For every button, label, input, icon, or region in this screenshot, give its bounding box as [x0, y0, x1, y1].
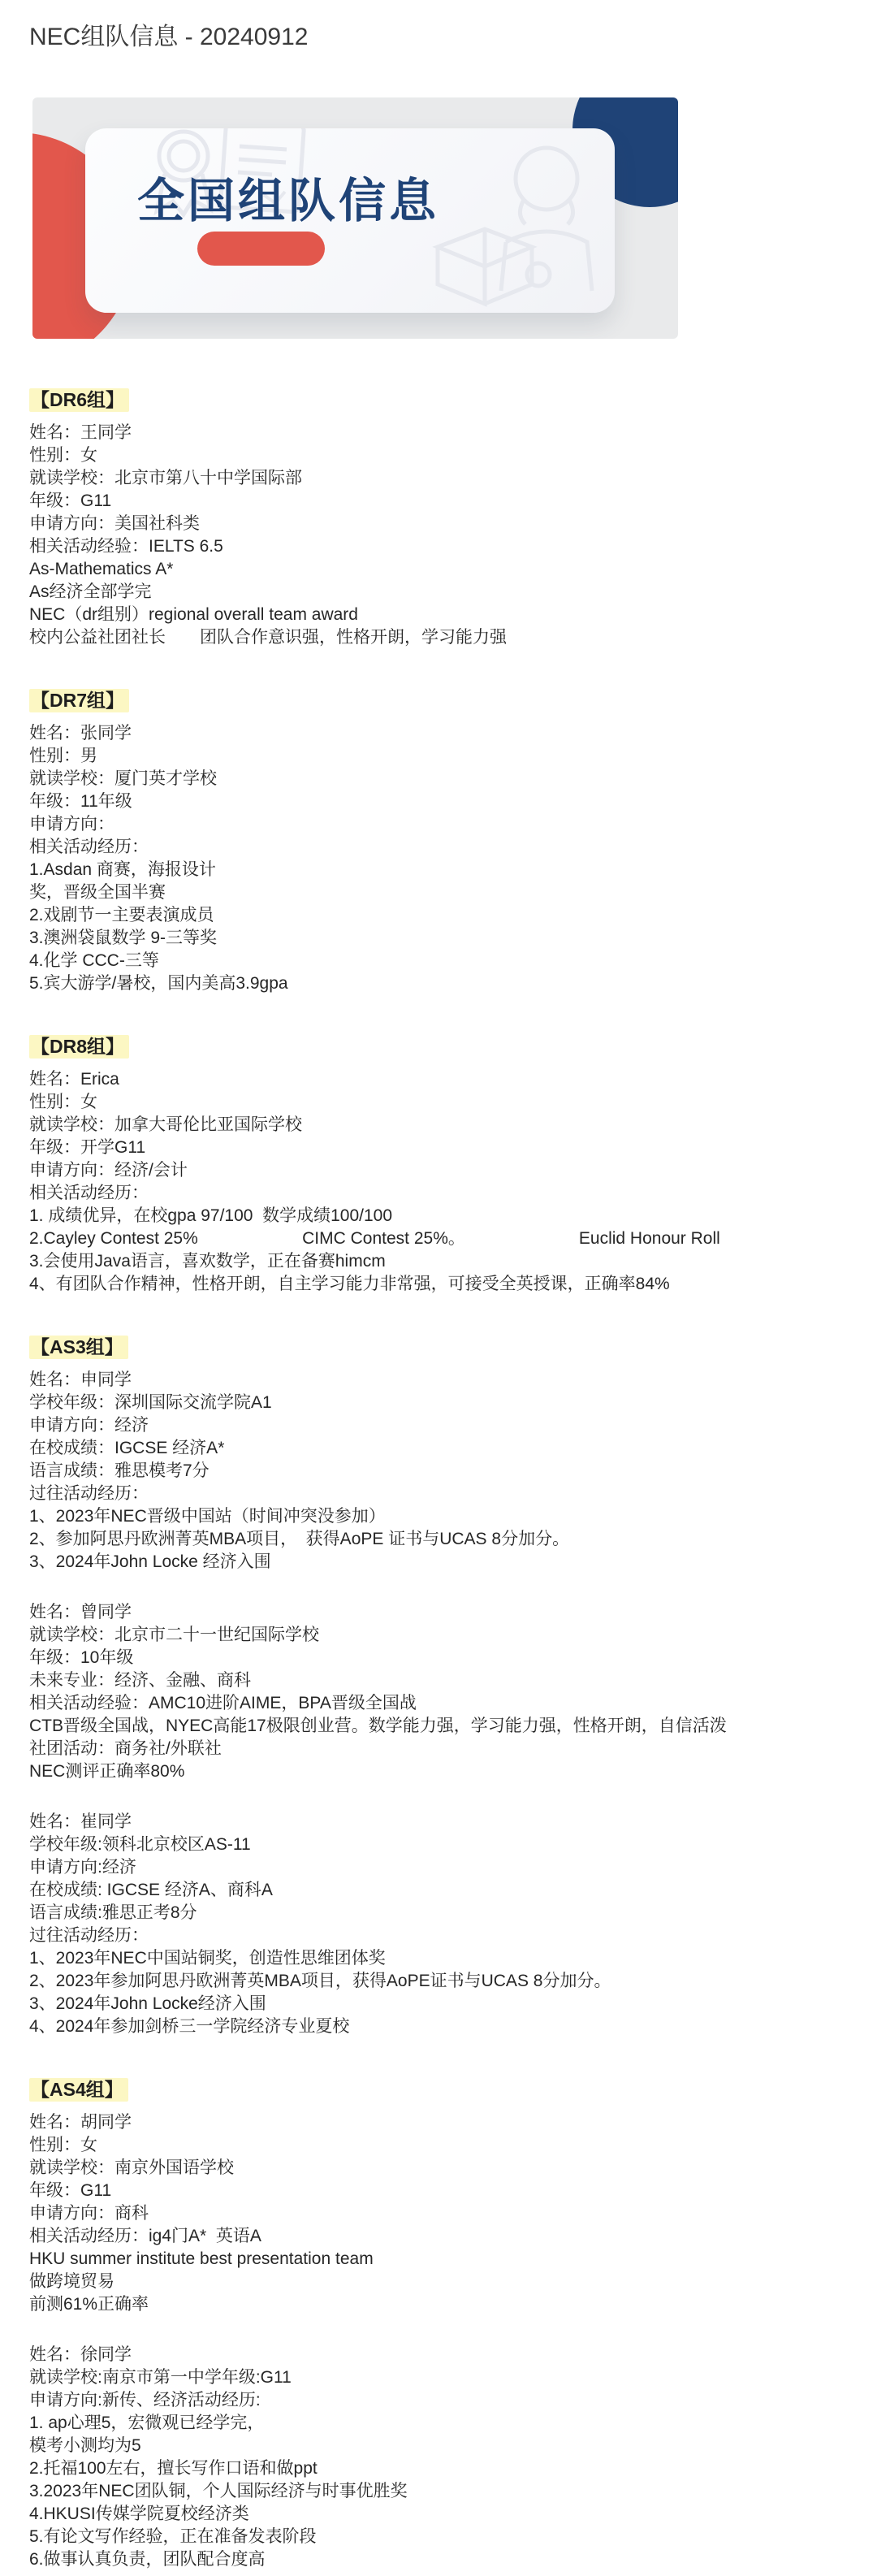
info-line: 年级：10年级	[29, 1647, 848, 1669]
info-line: CTB晋级全国战，NYEC高能17极限创业营。数学能力强，学习能力强，性格开朗，…	[29, 1715, 848, 1738]
info-line: 性别：男	[29, 745, 848, 768]
info-line: 3.澳洲袋鼠数学 9-三等奖	[29, 927, 848, 950]
info-line: As经济全部学完	[29, 581, 848, 604]
info-line: 语言成绩：雅思模考7分	[29, 1460, 848, 1483]
student-block: 姓名：王同学性别：女就读学校：北京市第八十中学国际部年级：G11申请方向：美国社…	[29, 422, 848, 649]
student-block: 姓名：Erica性别：女就读学校：加拿大哥伦比亚国际学校年级：开学G11申请方向…	[29, 1068, 848, 1296]
info-line: 相关活动经验：AMC10进阶AIME，BPA晋级全国战	[29, 1692, 848, 1715]
group-section: 【DR7组】姓名：张同学性别：男就读学校：厦门英才学校年级：11年级申请方向：相…	[29, 686, 848, 995]
group-header: 【AS4组】	[29, 2078, 128, 2102]
info-line: 相关活动经历：	[29, 836, 848, 859]
info-line: 就读学校：加拿大哥伦比亚国际学校	[29, 1114, 848, 1136]
info-line: 2.Cayley Contest 25% CIMC Contest 25%。 E…	[29, 1227, 848, 1250]
group-header-row: 【DR7组】	[29, 686, 848, 717]
info-line: 性别：女	[29, 444, 848, 467]
info-line: 5.宾大游学/暑校，国内美高3.9gpa	[29, 972, 848, 995]
group-header: 【DR6组】	[29, 388, 129, 412]
group-header: 【DR7组】	[29, 689, 129, 712]
info-line: 模考小测均为5	[29, 2435, 848, 2457]
info-line: 姓名：张同学	[29, 722, 848, 745]
group-section: 【AS3组】姓名：申同学学校年级：深圳国际交流学院A1申请方向：经济在校成绩：I…	[29, 1333, 848, 2038]
info-line: 就读学校：北京市二十一世纪国际学校	[29, 1624, 848, 1647]
reader-person-icon	[408, 136, 615, 313]
info-line: 1.Asdan 商赛，海报设计	[29, 859, 848, 881]
info-line: 1. ap心理5，宏微观已经学完，	[29, 2412, 848, 2435]
info-line: 申请方向：美国社科类	[29, 513, 848, 535]
info-line: 4、有团队合作精神，性格开朗，自主学习能力非常强，可接受全英授课，正确率84%	[29, 1273, 848, 1296]
info-line: 就读学校：南京外国语学校	[29, 2157, 848, 2180]
info-line: 申请方向:经济	[29, 1856, 848, 1879]
info-line: 4.HKUSI传媒学院夏校经济类	[29, 2503, 848, 2526]
info-line: 申请方向：商科	[29, 2202, 848, 2225]
info-line: 3.会使用Java语言，喜欢数学，正在备赛himcm	[29, 1250, 848, 1273]
student-block: 姓名：胡同学性别：女就读学校：南京外国语学校年级：G11申请方向：商科相关活动经…	[29, 2111, 848, 2316]
page-title: NEC组队信息 - 20240912	[29, 21, 848, 54]
info-line: 申请方向：经济/会计	[29, 1159, 848, 1182]
info-line: 姓名：Erica	[29, 1068, 848, 1091]
group-section: 【DR8组】姓名：Erica性别：女就读学校：加拿大哥伦比亚国际学校年级：开学G…	[29, 1033, 848, 1296]
info-line: 就读学校:南京市第一中学年级:G11	[29, 2366, 848, 2389]
banner-underline-bar	[197, 232, 325, 266]
info-line: 姓名：崔同学	[29, 1811, 848, 1834]
info-line: 性别：女	[29, 2134, 848, 2157]
info-line: 姓名：曾同学	[29, 1601, 848, 1624]
info-line: 申请方向:新传、经济活动经历:	[29, 2389, 848, 2412]
info-line: 4、2024年参加剑桥三一学院经济专业夏校	[29, 2015, 848, 2038]
info-line: 2、2023年参加阿思丹欧洲菁英MBA项目，获得AoPE证书与UCAS 8分加分…	[29, 1970, 848, 1993]
info-line: 姓名：徐同学	[29, 2344, 848, 2366]
info-line: 学校年级：深圳国际交流学院A1	[29, 1392, 848, 1414]
info-line: 4.化学 CCC-三等	[29, 950, 848, 972]
info-line: 申请方向：	[29, 813, 848, 836]
group-header-row: 【AS3组】	[29, 1333, 848, 1364]
info-line: 未来专业：经济、金融、商科	[29, 1669, 848, 1692]
group-section: 【AS4组】姓名：胡同学性别：女就读学校：南京外国语学校年级：G11申请方向：商…	[29, 2076, 848, 2571]
student-block: 姓名：徐同学就读学校:南京市第一中学年级:G11申请方向:新传、经济活动经历:1…	[29, 2344, 848, 2571]
info-line: 语言成绩:雅思正考8分	[29, 1902, 848, 1924]
page: NEC组队信息 - 20240912	[0, 0, 877, 2571]
info-line: 前测61%正确率	[29, 2293, 848, 2316]
info-line: 6.做事认真负责，团队配合度高	[29, 2548, 848, 2571]
student-block: 姓名：崔同学学校年级:领科北京校区AS-11申请方向:经济在校成绩: IGCSE…	[29, 1811, 848, 2038]
info-line: HKU summer institute best presentation t…	[29, 2248, 848, 2271]
info-line: 2.戏剧节一主要表演成员	[29, 904, 848, 927]
info-line: 1、2023年NEC中国站铜奖，创造性思维团体奖	[29, 1947, 848, 1970]
info-line: 年级：11年级	[29, 790, 848, 813]
info-line: 年级：G11	[29, 2180, 848, 2202]
info-line: 相关活动经验：IELTS 6.5	[29, 535, 848, 558]
banner-card: 全国组队信息	[85, 128, 615, 313]
info-line: 就读学校：厦门英才学校	[29, 768, 848, 790]
info-line: 1. 成绩优异，在校gpa 97/100 数学成绩100/100	[29, 1205, 848, 1227]
info-line: 做跨境贸易	[29, 2271, 848, 2293]
info-line: 过往活动经历：	[29, 1924, 848, 1947]
info-line: 3、2024年John Locke 经济入围	[29, 1551, 848, 1574]
banner-title: 全国组队信息	[137, 162, 439, 231]
info-line: 奖，晋级全国半赛	[29, 881, 848, 904]
info-line: 学校年级:领科北京校区AS-11	[29, 1834, 848, 1856]
student-block: 姓名：曾同学就读学校：北京市二十一世纪国际学校年级：10年级未来专业：经济、金融…	[29, 1601, 848, 1783]
student-block: 姓名：申同学学校年级：深圳国际交流学院A1申请方向：经济在校成绩：IGCSE 经…	[29, 1369, 848, 1574]
info-line: 姓名：胡同学	[29, 2111, 848, 2134]
info-line: 在校成绩：IGCSE 经济A*	[29, 1437, 848, 1460]
info-line: 过往活动经历：	[29, 1483, 848, 1505]
info-line: 1、2023年NEC晋级中国站（时间冲突没参加）	[29, 1505, 848, 1528]
info-line: NEC测评正确率80%	[29, 1760, 848, 1783]
sections-container: 【DR6组】姓名：王同学性别：女就读学校：北京市第八十中学国际部年级：G11申请…	[29, 386, 848, 2571]
group-header-row: 【AS4组】	[29, 2076, 848, 2106]
group-header-row: 【DR6组】	[29, 386, 848, 417]
info-line: 在校成绩: IGCSE 经济A、商科A	[29, 1879, 848, 1902]
info-line: 姓名：申同学	[29, 1369, 848, 1392]
group-header: 【AS3组】	[29, 1336, 128, 1359]
info-line: 年级：G11	[29, 490, 848, 513]
info-line: 3、2024年John Locke经济入围	[29, 1993, 848, 2015]
banner-image: 全国组队信息	[32, 97, 678, 339]
info-line: NEC（dr组别）regional overall team award	[29, 604, 848, 626]
info-line: 3.2023年NEC团队铜，个人国际经济与时事优胜奖	[29, 2480, 848, 2503]
group-header: 【DR8组】	[29, 1035, 129, 1059]
info-line: 社团活动：商务社/外联社	[29, 1738, 848, 1760]
info-line: 校内公益社团社长 团队合作意识强，性格开朗，学习能力强	[29, 626, 848, 649]
info-line: 就读学校：北京市第八十中学国际部	[29, 467, 848, 490]
info-line: 5.有论文写作经验，正在准备发表阶段	[29, 2526, 848, 2548]
info-line: 相关活动经历：ig4门A* 英语A	[29, 2225, 848, 2248]
info-line: 申请方向：经济	[29, 1414, 848, 1437]
info-line: 2.托福100左右，擅长写作口语和做ppt	[29, 2457, 848, 2480]
info-line: As-Mathematics A*	[29, 558, 848, 581]
info-line: 姓名：王同学	[29, 422, 848, 444]
info-line: 2、参加阿思丹欧洲菁英MBA项目， 获得AoPE 证书与UCAS 8分加分。	[29, 1528, 848, 1551]
info-line: 性别：女	[29, 1091, 848, 1114]
group-header-row: 【DR8组】	[29, 1033, 848, 1063]
info-line: 年级：开学G11	[29, 1136, 848, 1159]
student-block: 姓名：张同学性别：男就读学校：厦门英才学校年级：11年级申请方向：相关活动经历：…	[29, 722, 848, 995]
info-line: 相关活动经历：	[29, 1182, 848, 1205]
group-section: 【DR6组】姓名：王同学性别：女就读学校：北京市第八十中学国际部年级：G11申请…	[29, 386, 848, 649]
